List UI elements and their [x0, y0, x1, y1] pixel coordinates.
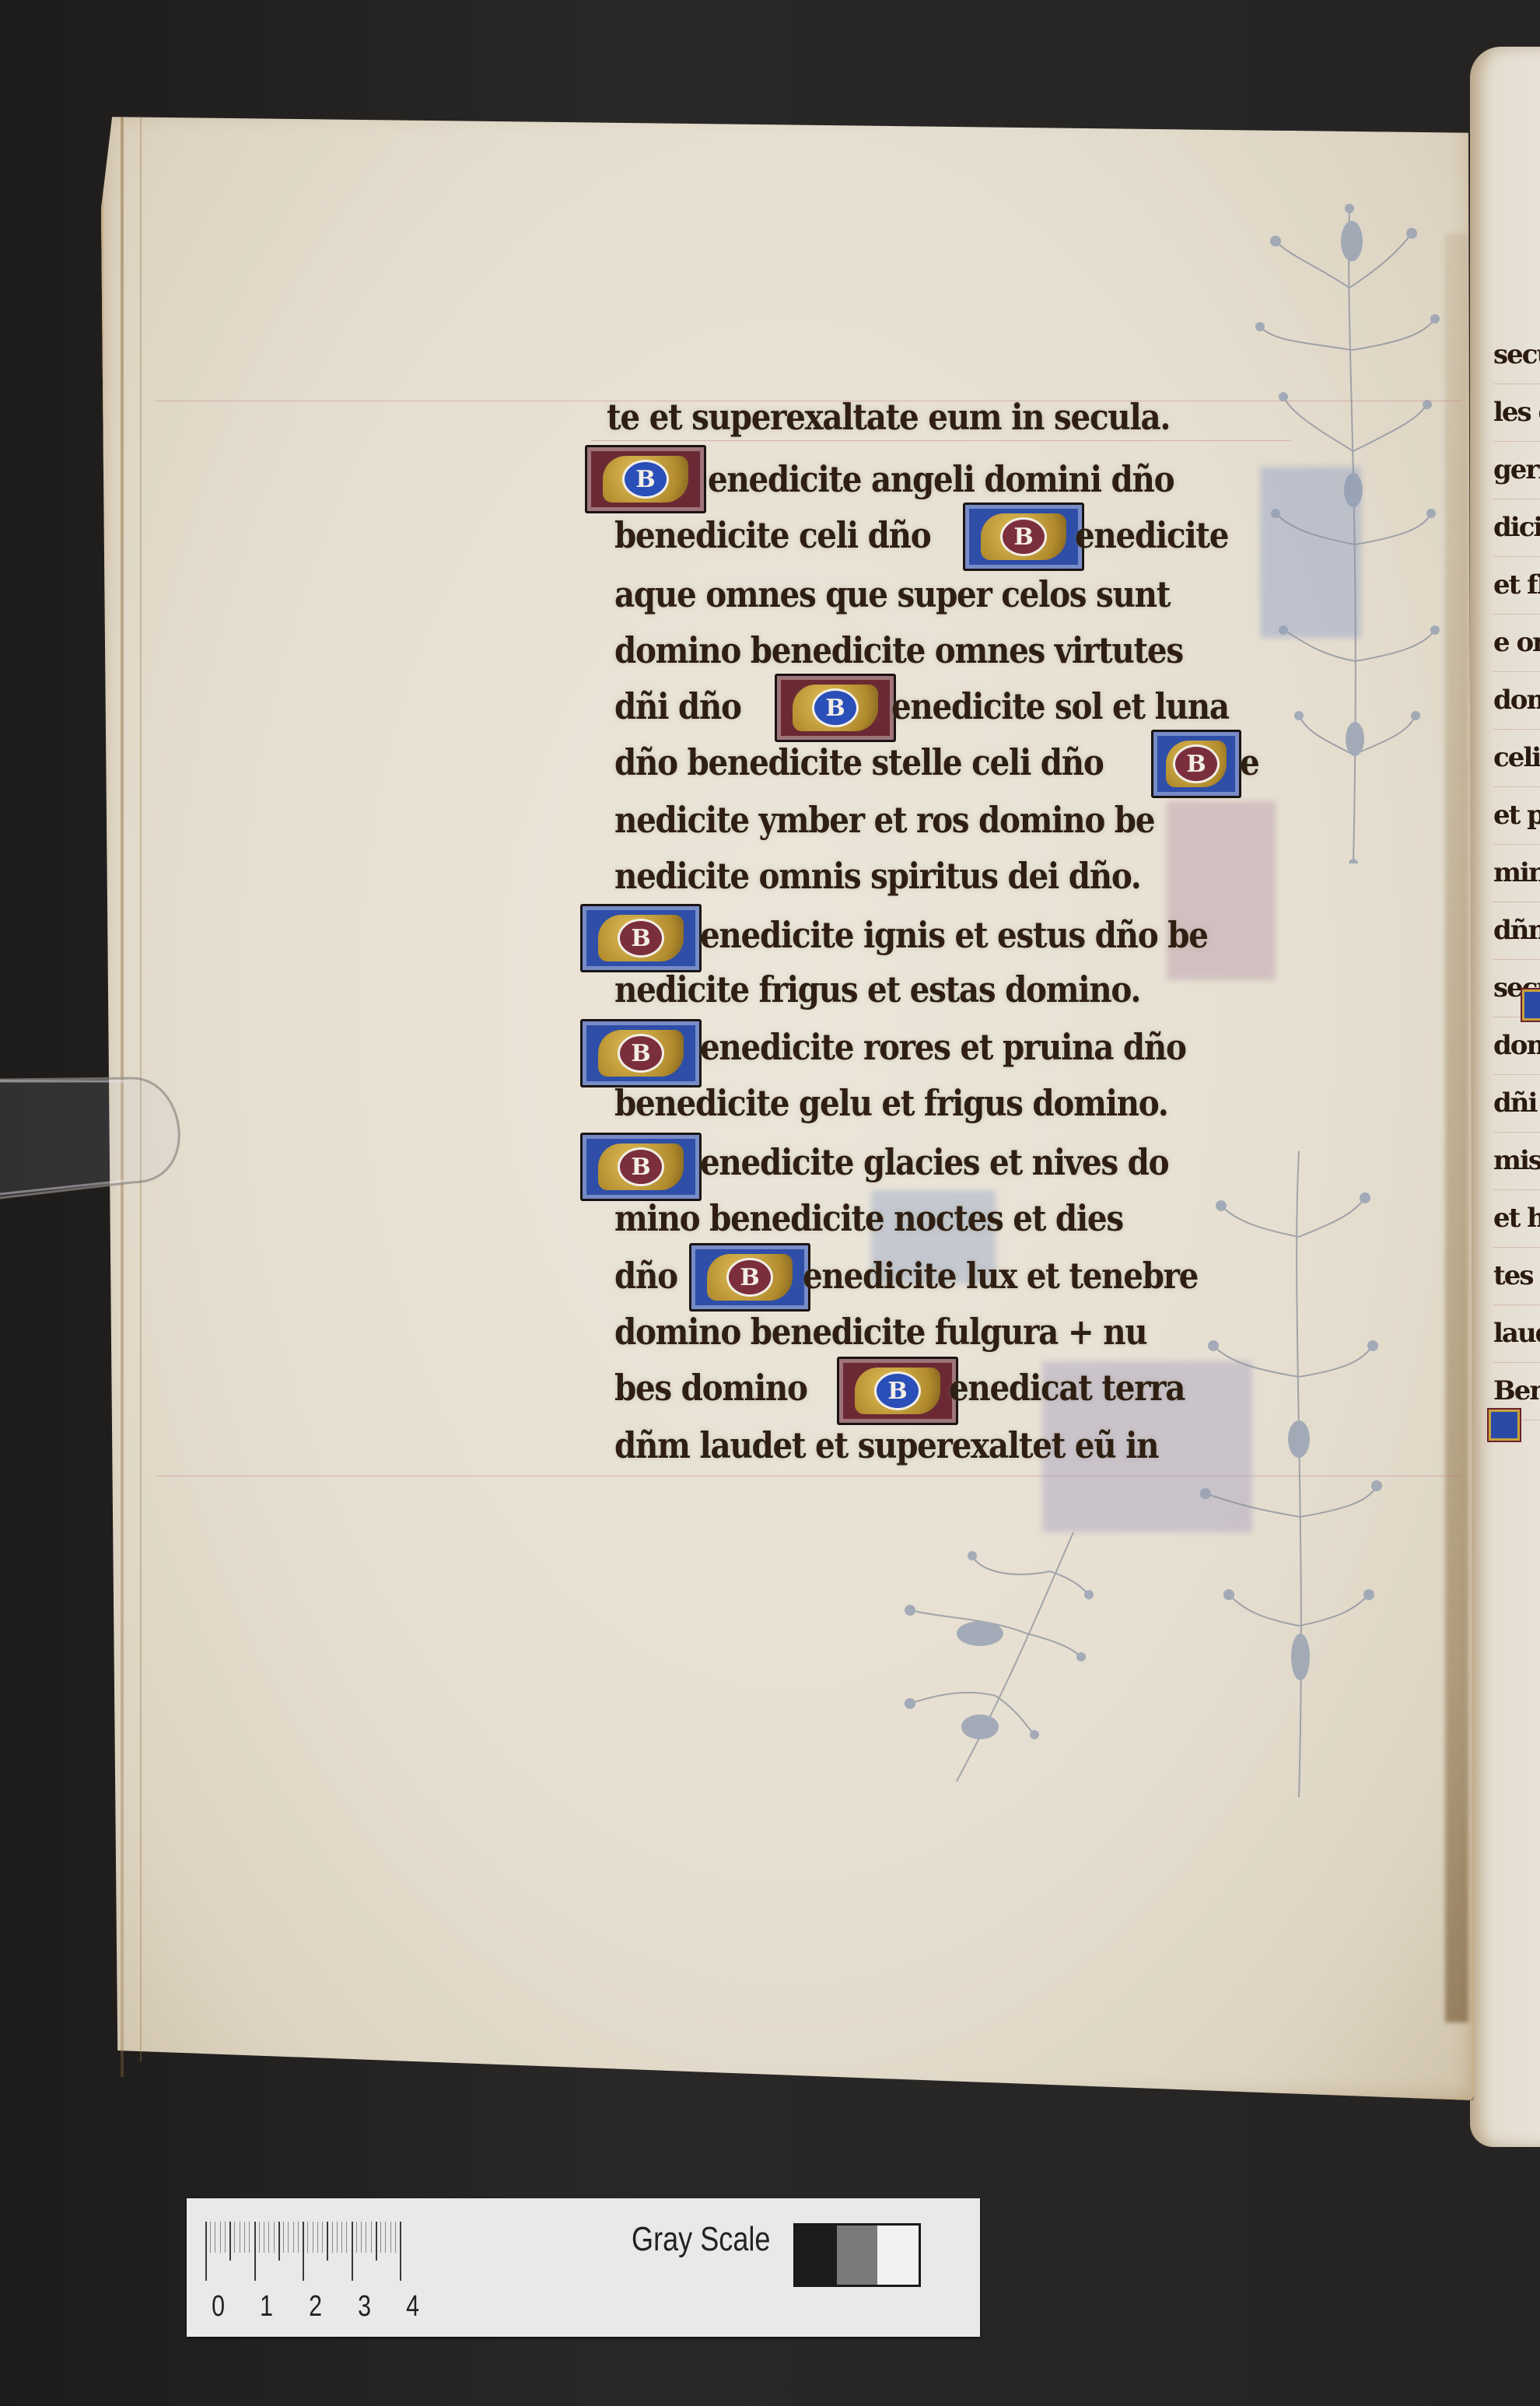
text-line: benedicite celi dño [614, 507, 930, 563]
text-line: enedicite [1075, 507, 1228, 563]
facing-line: dñm lau [1493, 902, 1540, 960]
color-scale-card: 0 1 2 3 4 Gray Scale [187, 2198, 980, 2337]
text-line: dño benedicite stelle celi dño [614, 734, 1104, 790]
facing-line: dicite fo [1493, 499, 1540, 557]
gutter-stain [1445, 233, 1468, 2023]
scale-number: 2 [309, 2290, 322, 2324]
text-line: nedicite omnis spiritus dei dño. [614, 848, 1141, 904]
swatch-white [877, 2226, 919, 2285]
facing-initial-icon [1521, 988, 1540, 1022]
facing-line: e omni [1493, 615, 1540, 672]
facing-line: et flumi [1493, 557, 1540, 615]
text-line: te et superexaltate eum in secula. [607, 389, 1170, 445]
gray-scale-swatches [793, 2223, 921, 2287]
text-line: enedicite glacies et nives do [700, 1134, 1168, 1190]
illuminated-initial-icon: B [585, 445, 706, 513]
facing-line: domini b [1493, 1017, 1540, 1075]
facing-line: et pecora [1493, 787, 1540, 845]
page-holder-clip [0, 1066, 193, 1221]
illuminated-initial-icon: B [689, 1243, 810, 1312]
text-line: enedicite lux et tenebre [803, 1248, 1198, 1304]
facing-line: les dom [1493, 384, 1540, 442]
marginal-spray-decoration [1244, 194, 1447, 863]
illuminated-initial-icon: B [837, 1357, 958, 1425]
marginal-spray-decoration [894, 1525, 1097, 1789]
facing-line: germin [1493, 442, 1540, 499]
text-line: domino benedicite fulgura + nu [614, 1304, 1146, 1360]
text-line: bes domino [614, 1360, 807, 1416]
swatch-black [796, 2226, 837, 2285]
facing-line: misorum [1493, 1133, 1540, 1190]
scale-number: 1 [260, 2290, 273, 2324]
text-line: e [1240, 734, 1258, 790]
text-line: dñm laudet et superexaltet eũ in [614, 1417, 1158, 1473]
illuminated-initial-icon: B [775, 674, 896, 742]
swatch-gray [837, 2226, 878, 2285]
text-line: enedicat terra [949, 1360, 1185, 1416]
gray-scale-label: Gray Scale [632, 2220, 770, 2259]
text-line: nedicite frigus et estas domino. [614, 961, 1140, 1017]
facing-line: celi dño [1493, 730, 1540, 787]
text-line: enedicite sol et luna [891, 678, 1229, 734]
scale-number: 3 [358, 2290, 371, 2324]
facing-initial-icon [1487, 1408, 1521, 1442]
facing-line: domino [1493, 672, 1540, 730]
facing-line: et humil [1493, 1190, 1540, 1248]
ruler-ticks [205, 2222, 408, 2284]
facing-line: tes anan [1493, 1248, 1540, 1305]
text-line: benedicite gelu et frigus domino. [614, 1075, 1168, 1131]
facing-line: dñi dño [1493, 1075, 1540, 1133]
scale-number: 0 [212, 2290, 225, 2324]
text-line: nedicite ymber et ros domino be [614, 792, 1154, 848]
facing-line: laudate [1493, 1305, 1540, 1363]
facing-line: secula [1493, 327, 1540, 384]
marginal-spray-decoration [1182, 1143, 1384, 1805]
facing-page-text: secula les dom germin dicite fo et flumi… [1493, 327, 1540, 1420]
text-line: enedicite angeli domini dño [708, 451, 1174, 507]
scale-number: 4 [406, 2290, 419, 2324]
text-line: dño [614, 1248, 677, 1304]
text-line: dñi dño [614, 678, 741, 734]
text-line: mino benedicite noctes et dies [614, 1190, 1123, 1246]
text-line: domino benedicite omnes virtutes [614, 622, 1183, 678]
text-line: enedicite rores et pruina dño [700, 1019, 1186, 1075]
illuminated-initial-icon: B [963, 503, 1084, 571]
text-line: aque omnes que super celos sunt [614, 566, 1170, 622]
text-line: enedicite ignis et estus dño be [700, 907, 1208, 963]
illuminated-initial-icon: B [1151, 730, 1241, 798]
facing-line: minum [1493, 845, 1540, 902]
